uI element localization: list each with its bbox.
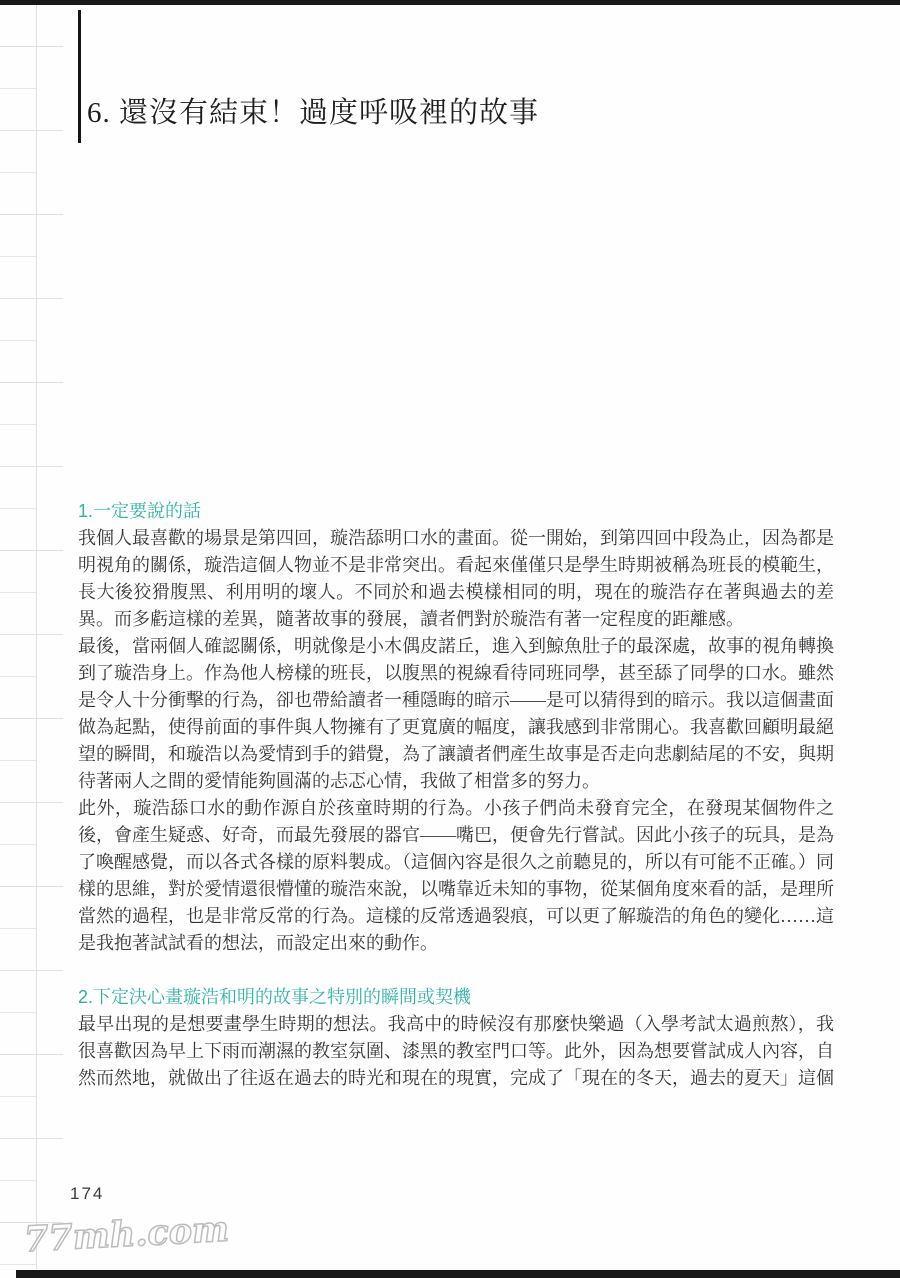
section-1-paragraph-2: 最後，當兩個人確認關係，明就像是小木偶皮諾丘，進入到鯨魚肚子的最深處，故事的視角… bbox=[78, 633, 834, 795]
margin-grid-vertical-line bbox=[36, 5, 37, 1269]
book-page: 6. 還沒有結束！過度呼吸裡的故事 1.一定要說的話 我個人最喜歡的場景是第四回… bbox=[0, 0, 900, 1278]
section-1-paragraph-3: 此外，璇浩舔口水的動作源自於孩童時期的行為。小孩子們尚未發育完全，在發現某個物件… bbox=[78, 795, 834, 957]
section-heading-2: 2.下定決心畫璇浩和明的故事之特別的瞬間或契機 bbox=[78, 984, 834, 1011]
section-heading-1: 1.一定要說的話 bbox=[78, 498, 834, 525]
chapter-title: 6. 還沒有結束！過度呼吸裡的故事 bbox=[87, 90, 539, 131]
interview-text-column: 1.一定要說的話 我個人最喜歡的場景是第四回，璇浩舔明口水的畫面。從一開始，到第… bbox=[78, 498, 834, 1092]
margin-grid-ticks-short bbox=[0, 6, 37, 1270]
page-number: 174 bbox=[70, 1184, 104, 1204]
bottom-edge-bar bbox=[16, 1270, 900, 1278]
section-2-paragraph-1: 最早出現的是想要畫學生時期的想法。我高中的時候沒有那麼快樂過（入學考試太過煎熬）… bbox=[78, 1011, 834, 1092]
section-1-paragraph-1: 我個人最喜歡的場景是第四回，璇浩舔明口水的畫面。從一開始，到第四回中段為止，因為… bbox=[78, 525, 834, 633]
chapter-title-rule bbox=[78, 10, 81, 143]
top-edge-bar bbox=[0, 0, 900, 5]
